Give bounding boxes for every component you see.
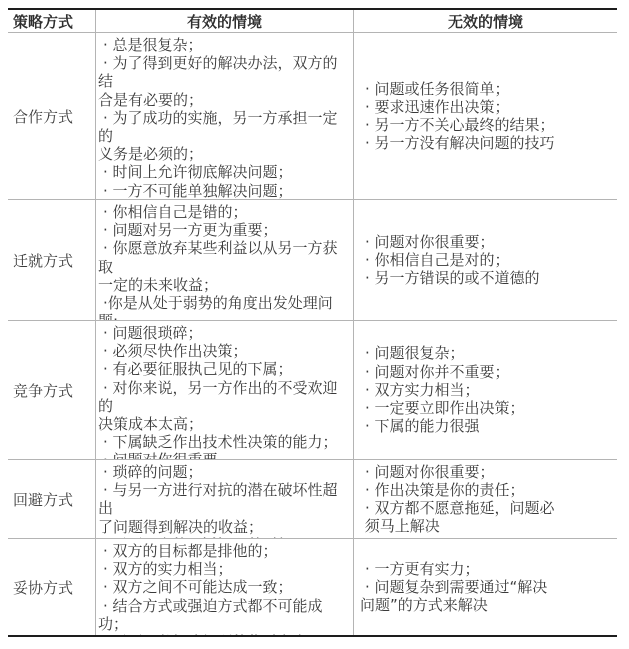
table-row-competition: 竞争方式 · 问题很琐碎； · 必须尽快作出决策； · 有必要征服执己见的下属；… <box>8 321 617 460</box>
bullet-item: ·你是从处于弱势的角度出发处理问题; <box>98 294 349 320</box>
effective-cell: · 你相信自己是错的； · 问题对另一方更为重要； · 你愿意放弃某些利益以从另… <box>96 200 354 320</box>
bullet-item: · 需要一种解决问题的临时方案 <box>98 633 349 635</box>
header-strategy: 策略方式 <box>8 10 96 32</box>
strategy-label: 合作方式 <box>8 33 96 199</box>
bullet-item: · 问题或任务很简单； <box>360 80 615 98</box>
bullet-item: · 一方更有实力； <box>360 560 615 578</box>
bullet-item: · 问题对你很重要 <box>98 451 349 459</box>
effective-cell: · 总是很复杂； · 为了得到更好的解决办法，双方的结 合是有必要的； · 为了… <box>96 33 354 199</box>
bullet-item: · 另一方没有解决问题的技巧 <box>360 134 615 152</box>
table-row-cooperation: 合作方式 · 总是很复杂； · 为了得到更好的解决办法，双方的结 合是有必要的；… <box>8 33 617 200</box>
header-ineffective: 无效的情境 <box>354 10 617 32</box>
ineffective-cell: · 一方更有实力； · 问题复杂到需要通过“解决 问题”的方式来解决 <box>354 539 617 635</box>
bullet-item: · 问题很复杂； <box>360 344 615 362</box>
bullet-item: · 你相信自己是对的； <box>360 251 615 269</box>
table-row-avoidance: 回避方式 · 琐碎的问题； · 与另一方进行对抗的潜在破坏性超出 了问题得到解决… <box>8 460 617 539</box>
bullet-item: · 双方之间不可能达成一致； <box>98 578 349 596</box>
effective-cell: · 琐碎的问题； · 与另一方进行对抗的潜在破坏性超出 了问题得到解决的收益； … <box>96 460 354 538</box>
bullet-item: · 需要一定的“冷处理”的时间 <box>98 536 349 538</box>
bullet-item: · 另一方不关心最终的结果； <box>360 116 615 134</box>
bullet-item: · 双方实力相当； <box>360 381 615 399</box>
effective-cell: · 双方的目标都是排他的； · 双方的实力相当； · 双方之间不可能达成一致； … <box>96 539 354 635</box>
bullet-item: · 一定要立即作出决策； <box>360 399 615 417</box>
bullet-item: · 双方都不愿意拖延，问题必 须马上解决 <box>360 499 615 535</box>
bullet-item: · 一方不可能单独解决问题； <box>98 182 349 199</box>
strategy-situation-table: 策略方式 有效的情境 无效的情境 合作方式 · 总是很复杂； · 为了得到更好的… <box>8 8 617 637</box>
bullet-item: · 另一方错误的或不道德的 <box>360 269 615 287</box>
bullet-item: · 下属缺乏作出技术性决策的能力； <box>98 433 349 451</box>
bullet-item: · 必须尽快作出决策； <box>98 342 349 360</box>
bullet-item: · 问题对你很重要； <box>360 233 615 251</box>
header-effective: 有效的情境 <box>96 10 354 32</box>
effective-cell: · 问题很琐碎； · 必须尽快作出决策； · 有必要征服执己见的下属； · 对你… <box>96 321 354 459</box>
bullet-item: · 下属的能力很强 <box>360 417 615 435</box>
bullet-item: · 要求迅速作出决策； <box>360 98 615 116</box>
bullet-item: · 问题很琐碎； <box>98 324 349 342</box>
strategy-label: 妥协方式 <box>8 539 96 635</box>
strategy-label: 回避方式 <box>8 460 96 538</box>
table-header-row: 策略方式 有效的情境 无效的情境 <box>8 10 617 33</box>
bullet-item: · 问题对你很重要； <box>360 463 615 481</box>
ineffective-cell: · 问题很复杂； · 问题对你并不重要； · 双方实力相当； · 一定要立即作出… <box>354 321 617 459</box>
ineffective-cell: · 问题对你很重要； · 你相信自己是对的； · 另一方错误的或不道德的 <box>354 200 617 320</box>
ineffective-cell: · 问题或任务很简单； · 要求迅速作出决策； · 另一方不关心最终的结果； ·… <box>354 33 617 199</box>
bullet-item: · 你相信自己是错的； <box>98 203 349 221</box>
bullet-item: · 总是很复杂； <box>98 36 349 54</box>
bullet-item: · 对你来说，另一方作出的不受欢迎的 决策成本太高； <box>98 379 349 434</box>
bullet-item: · 为了成功的实施，另一方承担一定的 义务是必须的； <box>98 109 349 164</box>
table-row-accommodation: 迁就方式 · 你相信自己是错的； · 问题对另一方更为重要； · 你愿意放弃某些… <box>8 200 617 321</box>
bullet-item: · 与另一方进行对抗的潜在破坏性超出 了问题得到解决的收益； <box>98 481 349 536</box>
bullet-item: · 问题复杂到需要通过“解决 问题”的方式来解决 <box>360 578 615 614</box>
bullet-item: · 琐碎的问题； <box>98 463 349 481</box>
bullet-item: · 你愿意放弃某些利益以从另一方获取 一定的未来收益； <box>98 239 349 294</box>
strategy-label: 竞争方式 <box>8 321 96 459</box>
strategy-label: 迁就方式 <box>8 200 96 320</box>
document-page: 策略方式 有效的情境 无效的情境 合作方式 · 总是很复杂； · 为了得到更好的… <box>0 0 629 649</box>
bullet-item: · 问题对另一方更为重要； <box>98 221 349 239</box>
bullet-item: · 双方的实力相当； <box>98 560 349 578</box>
ineffective-cell: · 问题对你很重要； · 作出决策是你的责任； · 双方都不愿意拖延，问题必 须… <box>354 460 617 538</box>
bullet-item: · 双方的目标都是排他的； <box>98 542 349 560</box>
bullet-item: · 问题对你并不重要； <box>360 363 615 381</box>
bullet-item: · 作出决策是你的责任； <box>360 481 615 499</box>
table-row-compromise: 妥协方式 · 双方的目标都是排他的； · 双方的实力相当； · 双方之间不可能达… <box>8 539 617 635</box>
bullet-item: · 为了得到更好的解决办法，双方的结 合是有必要的； <box>98 54 349 109</box>
bullet-item: · 时间上允许彻底解决问题； <box>98 163 349 181</box>
bullet-item: · 结合方式或强迫方式都不可能成功； <box>98 597 349 633</box>
bullet-item: · 有必要征服执己见的下属； <box>98 360 349 378</box>
